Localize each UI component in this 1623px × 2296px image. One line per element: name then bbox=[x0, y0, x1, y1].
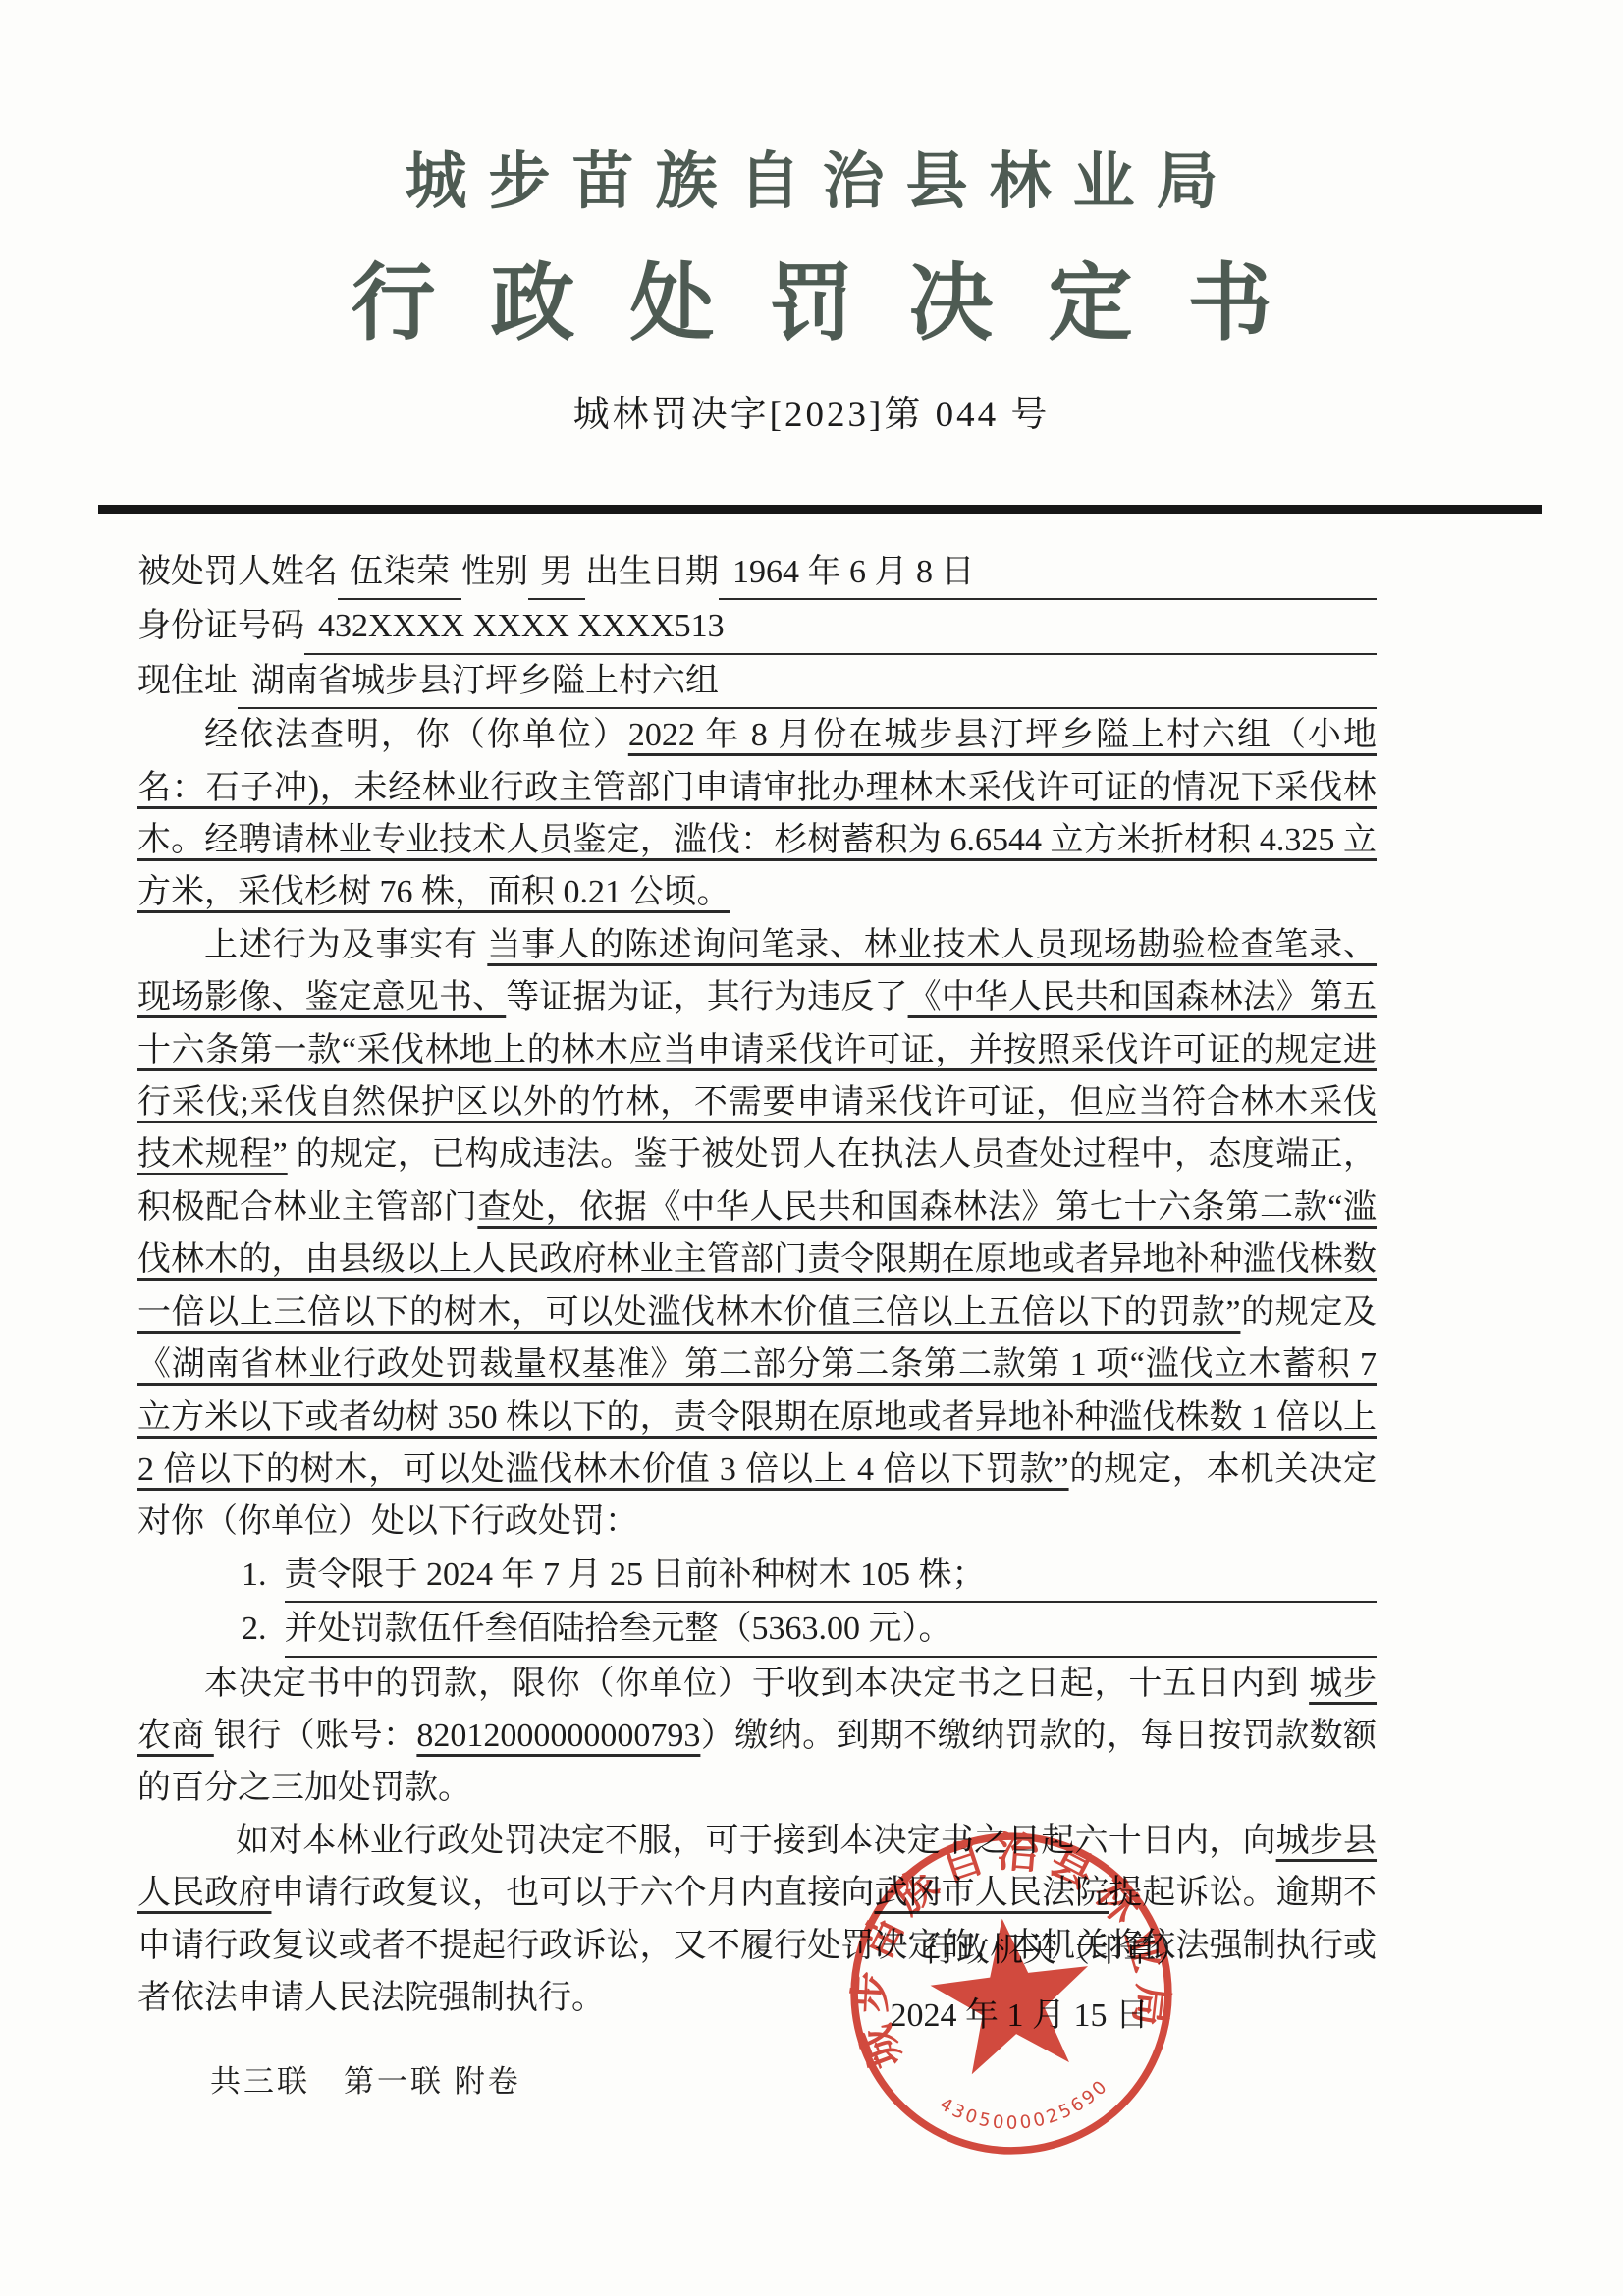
field-row: 被处罚人姓名伍柒荣性别男出生日期1964 年 6 月 8 日 bbox=[137, 546, 1377, 600]
field-value: 432XXXX XXXX XXXX513 bbox=[304, 600, 1377, 654]
plain-text: 等证据为证，其行为违反了 bbox=[506, 979, 907, 1015]
plain-text: 经依法查明，你（你单位） bbox=[204, 717, 628, 753]
official-seal: 城步苗族自治县林业局 4305000025690 bbox=[823, 1805, 1199, 2181]
signature-agency-line: 行政机关（印章） bbox=[137, 1923, 1377, 1971]
document-title: 行政处罚决定书 bbox=[0, 235, 1623, 356]
field-label: 身份证号码 bbox=[137, 600, 304, 652]
field-row: 现住址湖南省城步县汀坪乡隘上村六组 bbox=[137, 655, 1377, 709]
list-item-text: 责令限于 2024 年 7 月 25 日前补种树木 105 株； bbox=[285, 1549, 1378, 1603]
field-value: 男 bbox=[528, 546, 585, 600]
field-label: 被处罚人姓名 bbox=[137, 546, 338, 598]
paragraph: 经依法查明，你（你单位）2022 年 8 月份在城步县汀坪乡隘上村六组（小地名：… bbox=[137, 709, 1377, 919]
penalty-decision-document: 城步苗族自治县林业局 行政处罚决定书 城林罚决字[2023]第 044 号 被处… bbox=[0, 0, 1623, 2296]
field-value: 湖南省城步县汀坪乡隘上村六组 bbox=[238, 655, 1377, 709]
plain-text: 本决定书中的罚款，限你（你单位）于收到本决定书之日起，十五日内到 bbox=[204, 1666, 1309, 1702]
field-label: 现住址 bbox=[137, 655, 238, 707]
paragraph: 本决定书中的罚款，限你（你单位）于收到本决定书之日起，十五日内到 城步农商 银行… bbox=[137, 1658, 1377, 1815]
list-item-number: 1. bbox=[242, 1549, 285, 1603]
field-label: 性别 bbox=[461, 546, 528, 598]
field-value: 伍柒荣 bbox=[338, 546, 461, 600]
document-body: 被处罚人姓名伍柒荣性别男出生日期1964 年 6 月 8 日身份证号码432XX… bbox=[137, 546, 1377, 2024]
plain-text: 银行（账号： bbox=[214, 1718, 417, 1754]
plain-text: 上述行为及事实有 bbox=[204, 927, 487, 963]
field-value: 1964 年 6 月 8 日 bbox=[719, 546, 1377, 600]
document-number: 城林罚决字[2023]第 044 号 bbox=[0, 384, 1623, 437]
list-item-number: 2. bbox=[242, 1603, 285, 1657]
agency-title: 城步苗族自治县林业局 bbox=[0, 132, 1623, 221]
header-divider-rule bbox=[98, 505, 1542, 514]
paragraph: 上述行为及事实有 当事人的陈述询问笔录、林业技术人员现场勘验检查笔录、现场影像、… bbox=[137, 919, 1377, 1549]
list-item-text: 并处罚款伍仟叁佰陆拾叁元整（5363.00 元）。 bbox=[285, 1603, 1378, 1657]
penalty-list-item: 1.责令限于 2024 年 7 月 25 日前补种树木 105 株； bbox=[137, 1549, 1377, 1603]
document-header: 城步苗族自治县林业局 行政处罚决定书 城林罚决字[2023]第 044 号 bbox=[0, 0, 1623, 437]
copy-designation-footer: 共三联 第一联 附卷 bbox=[210, 2056, 521, 2101]
plain-text: 申请行政复议，也可以于六个月内直接向 bbox=[271, 1875, 874, 1911]
field-label: 出生日期 bbox=[585, 546, 719, 598]
signature-date-line: 2024 年 1 月 15 日 bbox=[137, 1988, 1377, 2036]
penalty-list-item: 2.并处罚款伍仟叁佰陆拾叁元整（5363.00 元）。 bbox=[137, 1603, 1377, 1657]
seal-star-icon bbox=[923, 1909, 1099, 2078]
underlined-text: 82012000000000793 bbox=[416, 1718, 700, 1754]
field-row: 身份证号码432XXXX XXXX XXXX513 bbox=[137, 600, 1377, 654]
plain-text: 的规定及 bbox=[1240, 1294, 1377, 1331]
